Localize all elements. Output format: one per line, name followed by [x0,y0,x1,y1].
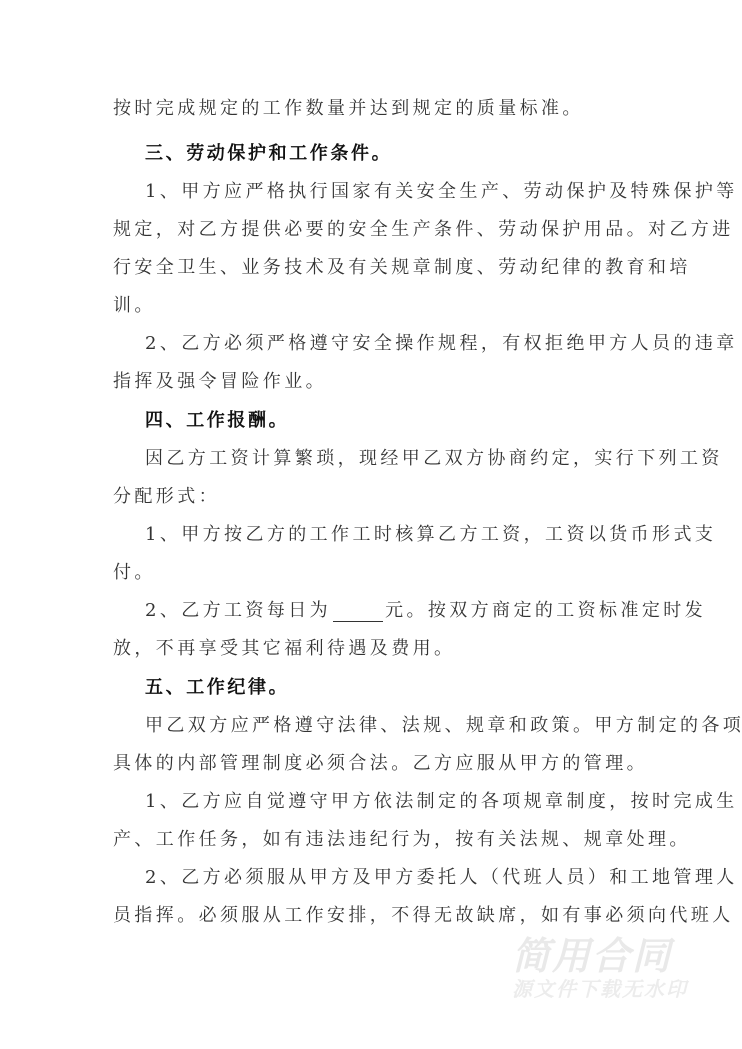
paragraph-line: 付。 [113,562,156,584]
document-page: 按时完成规定的工作数量并达到规定的质量标准。 三、劳动保护和工作条件。 1、甲方… [0,0,742,1049]
paragraph-line: 2、乙方必须服从甲方及甲方委托人（代班人员）和工地管理人 [145,867,738,889]
section-heading-labor-protection: 三、劳动保护和工作条件。 [145,143,392,165]
paragraph-line: 行安全卫生、业务技术及有关规章制度、劳动纪律的教育和培 [113,257,691,279]
watermark-title: 简用合同 [512,925,672,980]
daily-wage-blank[interactable] [333,605,383,622]
paragraph-line: 按时完成规定的工作数量并达到规定的质量标准。 [113,98,584,120]
paragraph-line: 因乙方工资计算繁琐，现经甲乙双方协商约定，实行下列工资 [145,448,723,470]
section-heading-work-discipline: 五、工作纪律。 [145,677,289,699]
paragraph-line: 2、乙方必须严格遵守安全操作规程，有权拒绝甲方人员的违章 [145,333,738,355]
watermark-subtitle: 源文件下载无水印 [512,973,688,1002]
paragraph-line: 具体的内部管理制度必须合法。乙方应服从甲方的管理。 [113,753,648,775]
paragraph-line: 员指挥。必须服从工作安排，不得无故缺席，如有事必须向代班人 [113,905,734,927]
paragraph-line: 训。 [113,295,156,317]
wage-text-before: 2、乙方工资每日为 [145,600,331,621]
paragraph-line: 规定，对乙方提供必要的安全生产条件、劳动保护用品。对乙方进 [113,219,734,241]
paragraph-line: 指挥及强令冒险作业。 [113,371,327,393]
paragraph-line: 分配形式： [113,486,220,508]
paragraph-line: 1、甲方应严格执行国家有关安全生产、劳动保护及特殊保护等 [145,181,738,203]
paragraph-line-daily-wage: 2、乙方工资每日为元。按双方商定的工资标准定时发 [145,600,706,622]
paragraph-line: 甲乙双方应严格遵守法律、法规、规章和政策。甲方制定的各项 [145,715,742,737]
section-heading-remuneration: 四、工作报酬。 [145,410,289,432]
paragraph-line: 产、工作任务，如有违法违纪行为，按有关法规、规章处理。 [113,829,691,851]
paragraph-line: 1、乙方应自觉遵守甲方依法制定的各项规章制度，按时完成生 [145,791,738,813]
paragraph-line: 放，不再享受其它福利待遇及费用。 [113,638,455,660]
wage-text-after: 元。按双方商定的工资标准定时发 [385,600,706,621]
paragraph-line: 1、甲方按乙方的工作工时核算乙方工资，工资以货币形式支 [145,524,716,546]
